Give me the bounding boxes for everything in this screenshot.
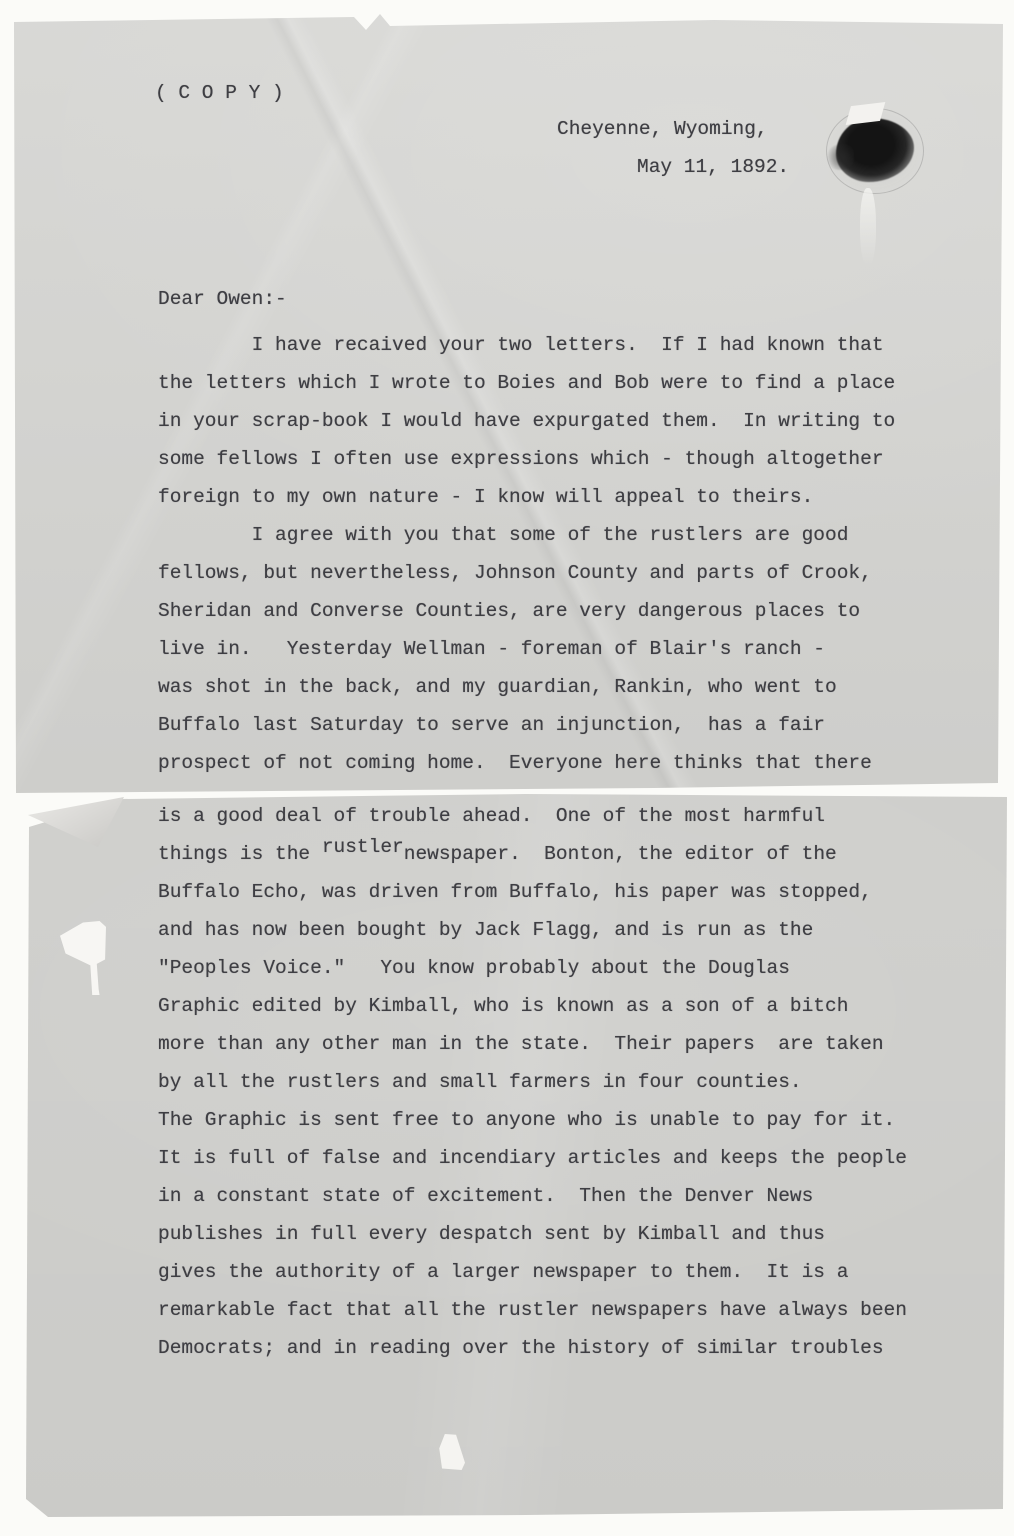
rustler-line-prefix: things is the — [158, 843, 322, 865]
rustler-line-suffix: newspaper. Bonton, the editor of the — [404, 843, 837, 865]
letter-line: prospect of not coming home. Everyone he… — [158, 744, 895, 782]
letter-line-rustler: things is the rustlernewspaper. Bonton, … — [158, 835, 907, 873]
letter-line: foreign to my own nature - I know will a… — [158, 478, 895, 516]
rustler-raised-word: rustler — [322, 836, 404, 858]
letter-line: I have recaived your two letters. If I h… — [158, 326, 895, 364]
letter-line: I agree with you that some of the rustle… — [158, 516, 895, 554]
letter-line: publishes in full every despatch sent by… — [158, 1215, 907, 1253]
letter-line: Sheridan and Converse Counties, are very… — [158, 592, 895, 630]
letter-line: It is full of false and incendiary artic… — [158, 1139, 907, 1177]
letter-line: in a constant state of excitement. Then … — [158, 1177, 907, 1215]
letter-line: Buffalo Echo, was driven from Buffalo, h… — [158, 873, 907, 911]
letter-line: was shot in the back, and my guardian, R… — [158, 668, 895, 706]
dateline-date: May 11, 1892. — [637, 156, 789, 178]
letter-line: Democrats; and in reading over the histo… — [158, 1329, 907, 1367]
scanned-letter: ( C O P Y ) Cheyenne, Wyoming, May 11, 1… — [0, 0, 1014, 1536]
typewritten-text: ( C O P Y ) Cheyenne, Wyoming, May 11, 1… — [0, 0, 1014, 1536]
letter-line: "Peoples Voice." You know probably about… — [158, 949, 907, 987]
letter-line: fellows, but nevertheless, Johnson Count… — [158, 554, 895, 592]
letter-line: and has now been bought by Jack Flagg, a… — [158, 911, 907, 949]
letter-line: is a good deal of trouble ahead. One of … — [158, 797, 907, 835]
dateline-place: Cheyenne, Wyoming, — [557, 118, 768, 140]
letter-body-page-2: is a good deal of trouble ahead. One of … — [158, 797, 907, 1367]
letter-line: live in. Yesterday Wellman - foreman of … — [158, 630, 895, 668]
letter-line: more than any other man in the state. Th… — [158, 1025, 907, 1063]
letter-line: the letters which I wrote to Boies and B… — [158, 364, 895, 402]
salutation: Dear Owen:- — [158, 288, 287, 310]
letter-line: The Graphic is sent free to anyone who i… — [158, 1101, 907, 1139]
letter-line: by all the rustlers and small farmers in… — [158, 1063, 907, 1101]
copy-label: ( C O P Y ) — [155, 82, 284, 104]
letter-body-page-1: I have recaived your two letters. If I h… — [158, 326, 895, 782]
letter-line: Buffalo last Saturday to serve an injunc… — [158, 706, 895, 744]
letter-line: some fellows I often use expressions whi… — [158, 440, 895, 478]
letter-line: gives the authority of a larger newspape… — [158, 1253, 907, 1291]
letter-line: in your scrap-book I would have expurgat… — [158, 402, 895, 440]
letter-line: remarkable fact that all the rustler new… — [158, 1291, 907, 1329]
letter-line: Graphic edited by Kimball, who is known … — [158, 987, 907, 1025]
